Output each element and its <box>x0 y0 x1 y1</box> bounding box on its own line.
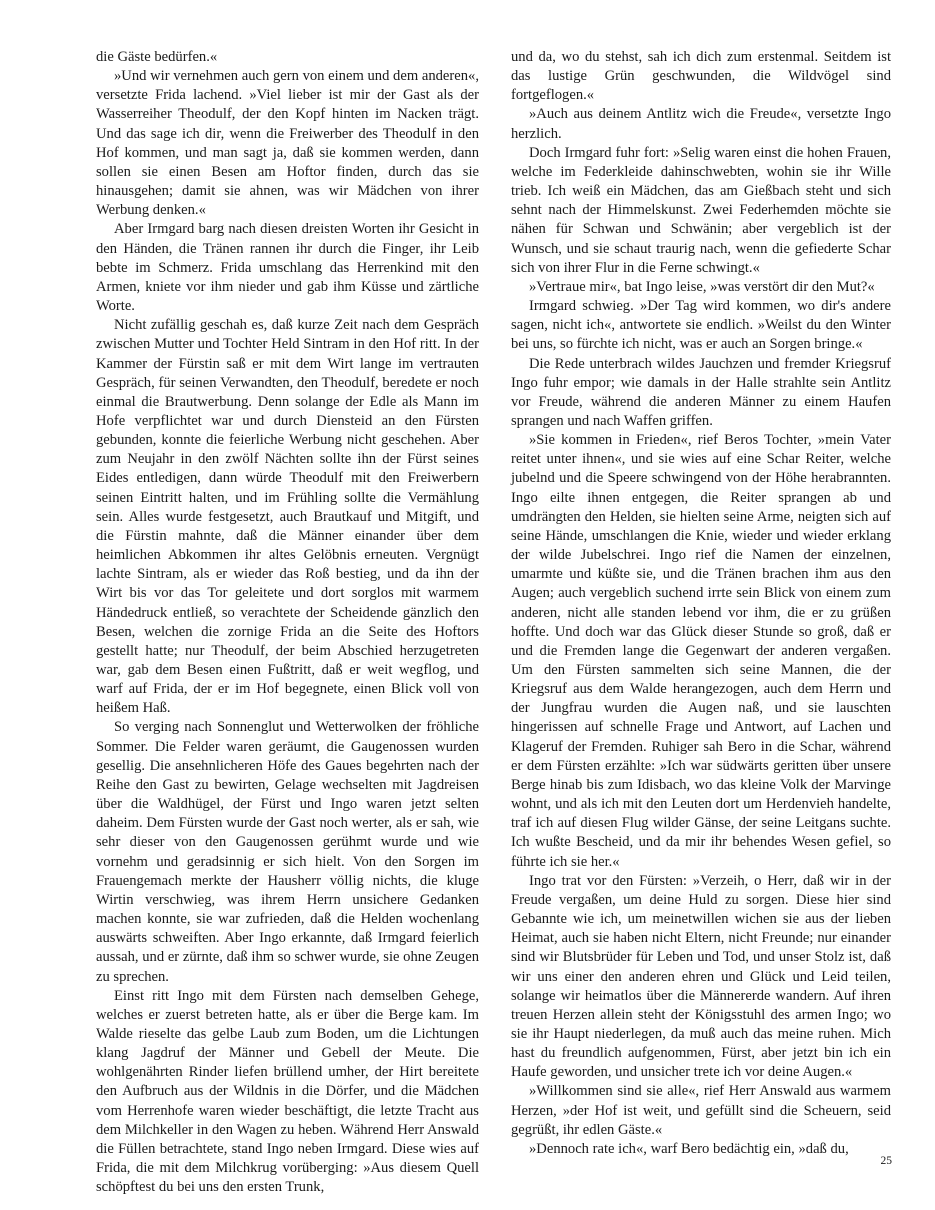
paragraph: Irmgard schwieg. »Der Tag wird kommen, w… <box>511 297 891 354</box>
paragraph: und da, wo du stehst, sah ich dich zum e… <box>511 48 891 105</box>
paragraph: Doch Irmgard fuhr fort: »Selig waren ein… <box>511 144 891 278</box>
right-column: und da, wo du stehst, sah ich dich zum e… <box>511 48 891 1159</box>
paragraph: Die Rede unterbrach wildes Jauchzen und … <box>511 355 891 432</box>
book-page: die Gäste bedürfen.« »Und wir vernehmen … <box>0 0 935 1210</box>
paragraph: Ingo trat vor den Fürsten: »Verzeih, o H… <box>511 872 891 1083</box>
paragraph: »Auch aus deinem Antlitz wich die Freude… <box>511 105 891 143</box>
paragraph: »Und wir vernehmen auch gern von einem u… <box>96 67 479 220</box>
paragraph: Aber Irmgard barg nach diesen dreisten W… <box>96 220 479 316</box>
left-column: die Gäste bedürfen.« »Und wir vernehmen … <box>96 48 479 1197</box>
page-number: 25 <box>872 1155 892 1167</box>
paragraph: »Sie kommen in Frieden«, rief Beros Toch… <box>511 431 891 872</box>
paragraph: »Willkommen sind sie alle«, rief Herr An… <box>511 1082 891 1139</box>
paragraph: »Vertraue mir«, bat Ingo leise, »was ver… <box>511 278 891 297</box>
paragraph: So verging nach Sonnenglut und Wetterwol… <box>96 718 479 986</box>
paragraph: die Gäste bedürfen.« <box>96 48 479 67</box>
paragraph: Einst ritt Ingo mit dem Fürsten nach dem… <box>96 987 479 1198</box>
paragraph: »Dennoch rate ich«, warf Bero bedächtig … <box>511 1140 891 1159</box>
paragraph: Nicht zufällig geschah es, daß kurze Zei… <box>96 316 479 718</box>
